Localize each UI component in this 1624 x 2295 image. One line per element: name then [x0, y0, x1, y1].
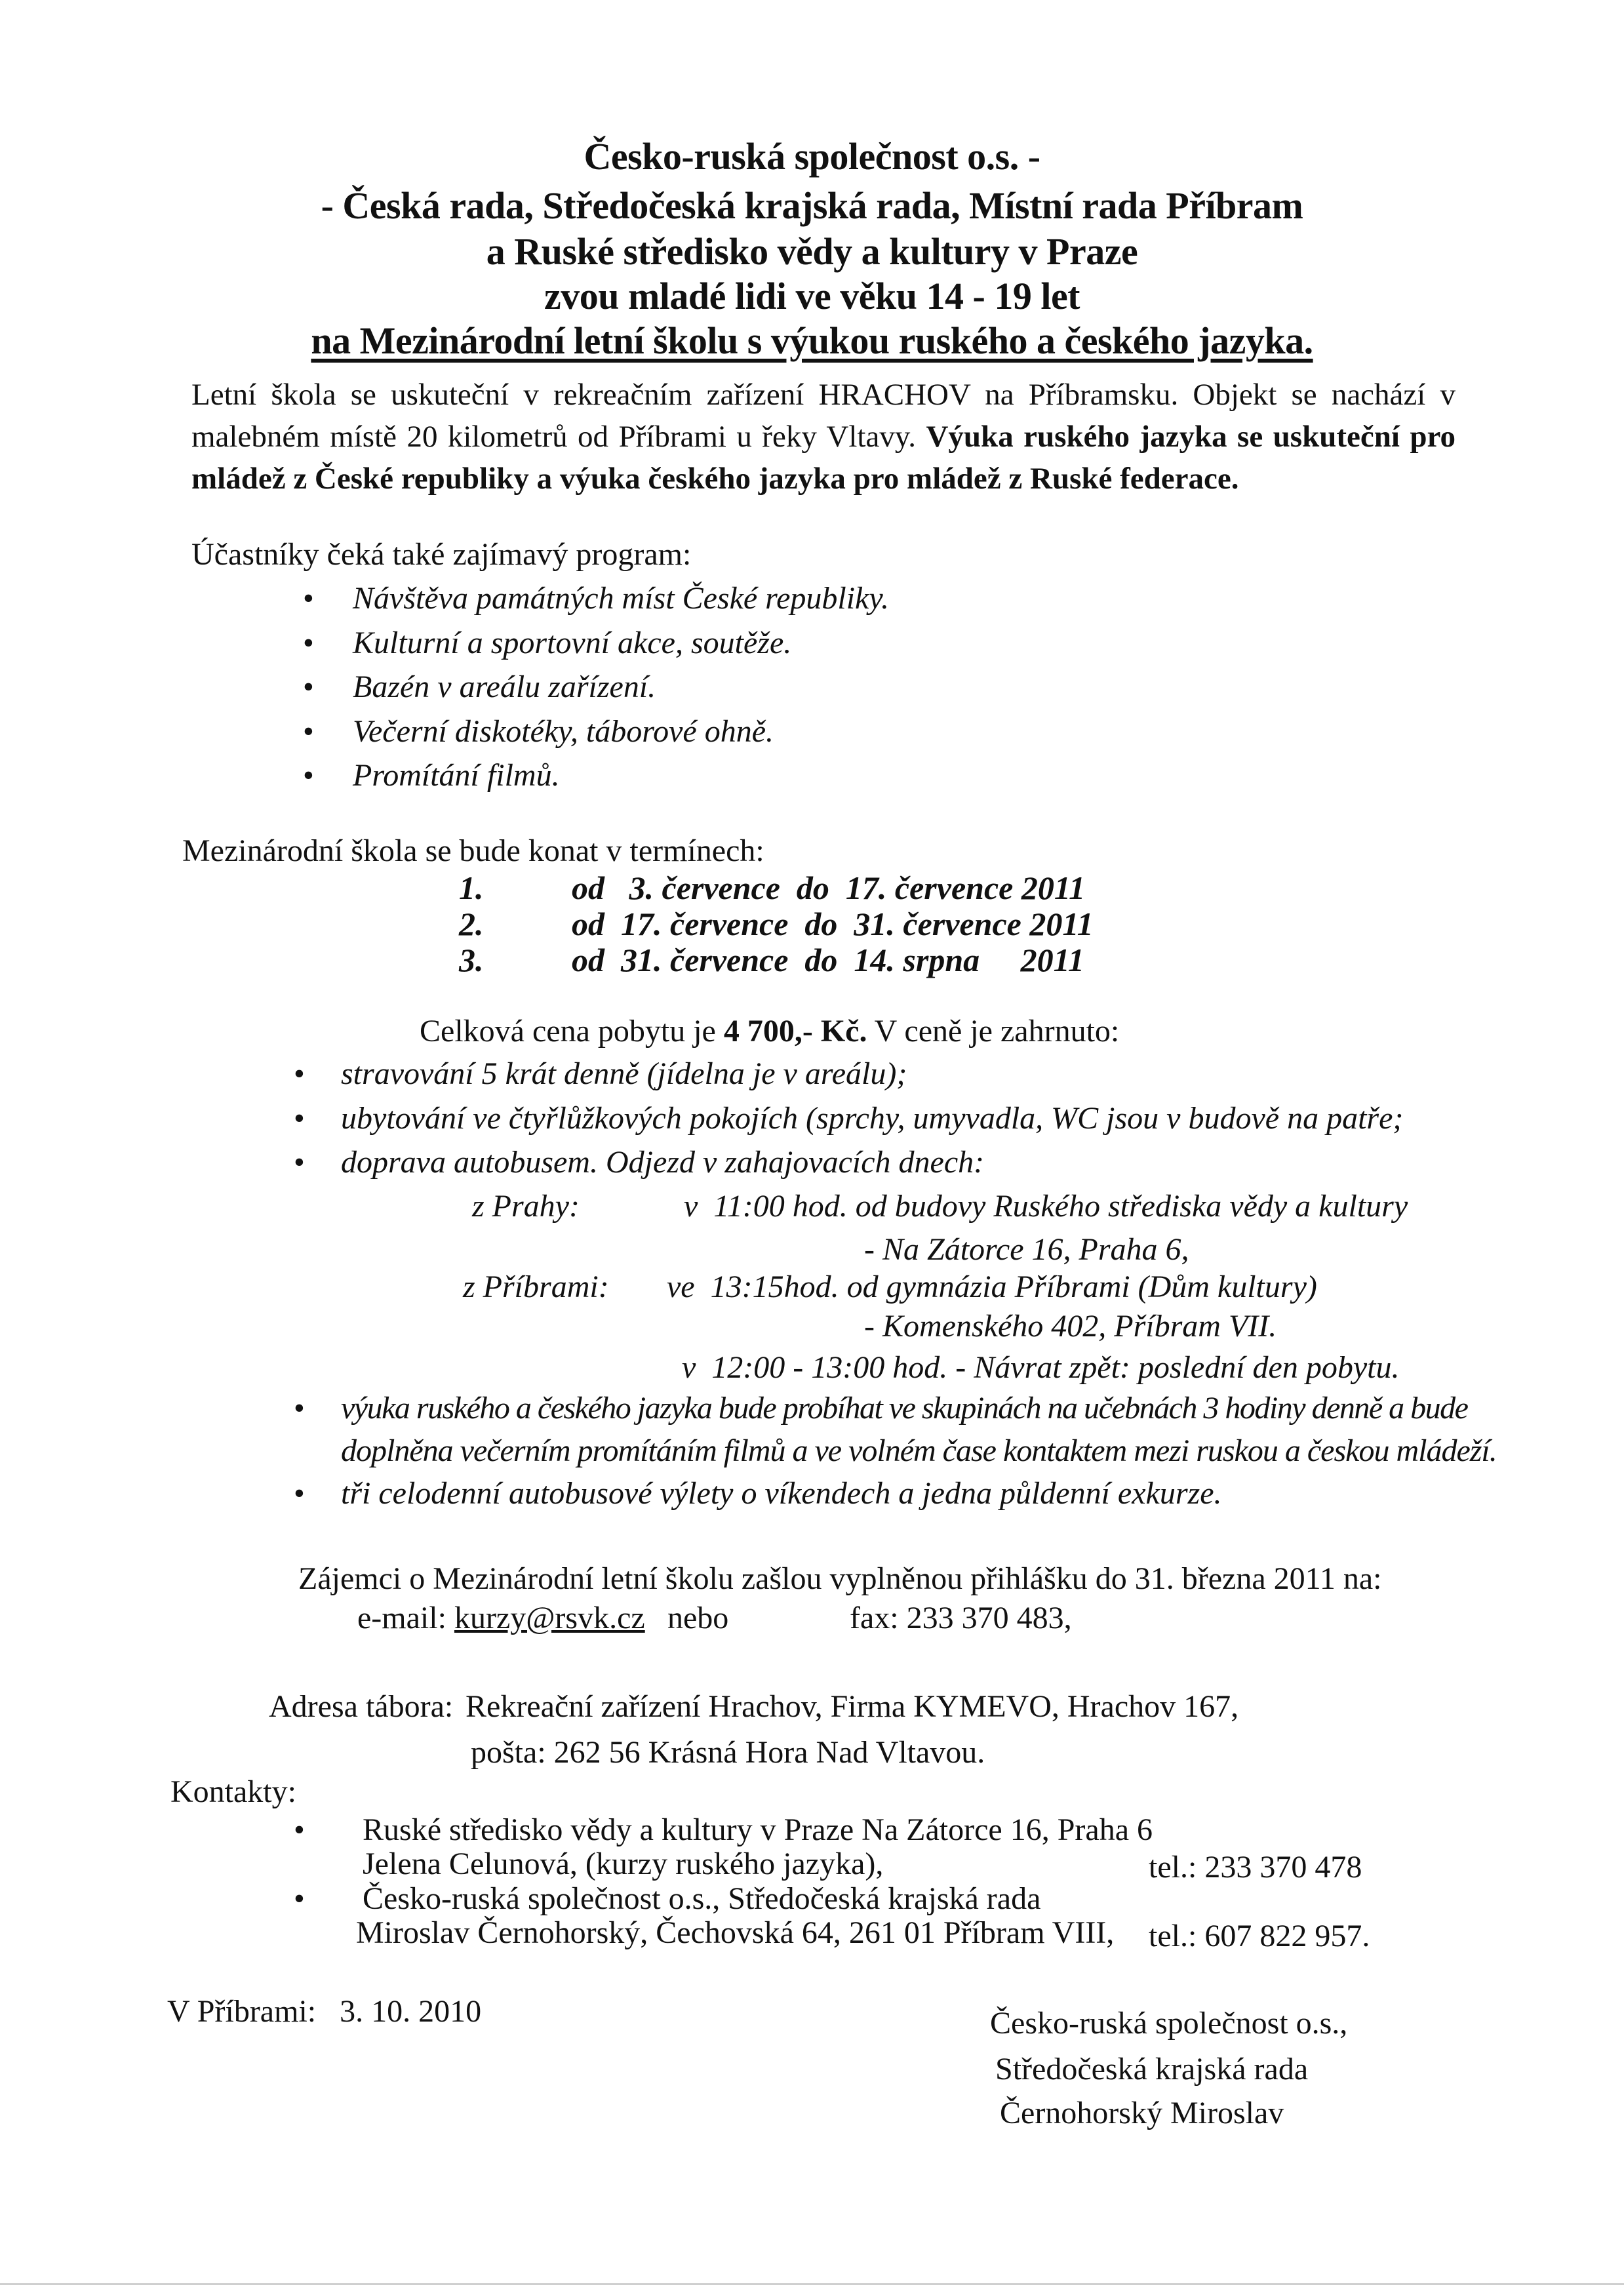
- contact-1-line-1: Ruské středisko vědy a kultury v Praze N…: [363, 1812, 1153, 1848]
- bullet-icon: •: [303, 713, 314, 749]
- price-line: Celková cena pobytu je 4 700,- Kč. V cen…: [420, 1013, 1119, 1049]
- bullet-icon: •: [294, 1812, 305, 1848]
- or-text: nebo: [667, 1600, 728, 1636]
- departure-praha-address: - Na Zátorce 16, Praha 6,: [864, 1231, 1189, 1267]
- contact-1-tel: tel.: 233 370 478: [1149, 1849, 1362, 1885]
- price-item: doprava autobusem. Odjezd v zahajovacích…: [341, 1144, 984, 1180]
- term-dates: od 17. července do 31. července 2011: [572, 905, 1094, 943]
- signature-line-1: Česko-ruská společnost o.s.,: [990, 2005, 1347, 2041]
- application-contact: e-mail: kurzy@rsvk.cz: [357, 1600, 645, 1636]
- bullet-icon: •: [294, 1144, 305, 1180]
- header-line-1: Česko-ruská společnost o.s. -: [0, 134, 1624, 178]
- program-item: Promítání filmů.: [353, 757, 560, 793]
- price-prefix: Celková cena pobytu je: [420, 1014, 724, 1048]
- price-item-continuation: doplněna večerním promítáním filmů a ve …: [341, 1433, 1497, 1469]
- program-item: Večerní diskotéky, táborové ohně.: [353, 713, 774, 749]
- bullet-icon: •: [303, 669, 314, 705]
- header-line-4: zvou mladé lidi ve věku 14 - 19 let: [0, 274, 1624, 318]
- header-line-5: na Mezinárodní letní školu s výukou rusk…: [0, 319, 1624, 363]
- application-text: Zájemci o Mezinárodní letní školu zašlou…: [298, 1561, 1381, 1597]
- price-item: výuka ruského a českého jazyka bude prob…: [341, 1390, 1467, 1426]
- bullet-icon: •: [294, 1881, 305, 1917]
- signature-line-2: Středočeská krajská rada: [995, 2051, 1308, 2087]
- term-number: 3.: [459, 941, 484, 979]
- departure-pribram-time: ve 13:15hod. od gymnázia Příbrami (Dům k…: [667, 1269, 1317, 1305]
- program-item: Návštěva památných míst České republiky.: [353, 580, 889, 616]
- price-amount: 4 700,- Kč.: [724, 1014, 867, 1048]
- intro-paragraph: Letní škola se uskuteční v rekreačním za…: [191, 374, 1456, 500]
- bullet-icon: •: [294, 1100, 305, 1136]
- price-item: ubytování ve čtyřlůžkových pokojích (spr…: [341, 1100, 1403, 1136]
- scan-edge-line: [0, 2283, 1624, 2285]
- departure-pribram-address: - Komenského 402, Příbram VII.: [864, 1308, 1277, 1344]
- header-line-2: - Česká rada, Středočeská krajská rada, …: [0, 184, 1624, 228]
- contact-2-line-1: Česko-ruská společnost o.s., Středočeská…: [363, 1881, 1040, 1917]
- departure-praha-time: v 11:00 hod. od budovy Ruského střediska…: [684, 1188, 1408, 1224]
- price-item: stravování 5 krát denně (jídelna je v ar…: [341, 1056, 907, 1092]
- program-item: Bazén v areálu zařízení.: [353, 669, 656, 705]
- term-number: 1.: [459, 869, 484, 907]
- bullet-icon: •: [303, 625, 314, 661]
- fax-text: fax: 233 370 483,: [850, 1600, 1072, 1636]
- email-link[interactable]: kurzy@rsvk.cz: [454, 1601, 645, 1635]
- bullet-icon: •: [294, 1056, 305, 1092]
- price-suffix: V ceně je zahrnuto:: [867, 1014, 1119, 1048]
- email-label: e-mail:: [357, 1601, 454, 1635]
- terms-heading: Mezinárodní škola se bude konat v termín…: [182, 833, 764, 869]
- address-line-1: Rekreační zařízení Hrachov, Firma KYMEVO…: [465, 1688, 1238, 1725]
- place-and-date: V Příbrami: 3. 10. 2010: [167, 1993, 481, 2029]
- bullet-icon: •: [294, 1390, 305, 1426]
- program-item: Kulturní a sportovní akce, soutěže.: [353, 625, 791, 661]
- term-number: 2.: [459, 905, 484, 943]
- program-heading: Účastníky čeká také zajímavý program:: [191, 536, 691, 572]
- return-info: v 12:00 - 13:00 hod. - Návrat zpět: posl…: [682, 1349, 1399, 1386]
- term-dates: od 3. července do 17. července 2011: [572, 869, 1085, 907]
- contact-2-tel: tel.: 607 822 957.: [1149, 1918, 1370, 1954]
- contact-1-line-2: Jelena Celunová, (kurzy ruského jazyka),: [363, 1846, 883, 1882]
- contact-2-line-2: Miroslav Černohorský, Čechovská 64, 261 …: [356, 1915, 1114, 1951]
- bullet-icon: •: [294, 1475, 305, 1511]
- contacts-heading: Kontakty:: [170, 1774, 296, 1810]
- address-label: Adresa tábora:: [269, 1688, 453, 1725]
- departure-praha-label: z Prahy:: [472, 1188, 580, 1224]
- term-dates: od 31. července do 14. srpna 2011: [572, 941, 1084, 979]
- bullet-icon: •: [303, 757, 314, 793]
- address-line-2: pošta: 262 56 Krásná Hora Nad Vltavou.: [471, 1734, 985, 1770]
- departure-pribram-label: z Příbrami:: [463, 1269, 609, 1305]
- header-line-3: a Ruské středisko vědy a kultury v Praze: [0, 229, 1624, 273]
- signature-line-3: Černohorský Miroslav: [1000, 2095, 1284, 2131]
- bullet-icon: •: [303, 580, 314, 616]
- price-item: tři celodenní autobusové výlety o víkend…: [341, 1475, 1222, 1511]
